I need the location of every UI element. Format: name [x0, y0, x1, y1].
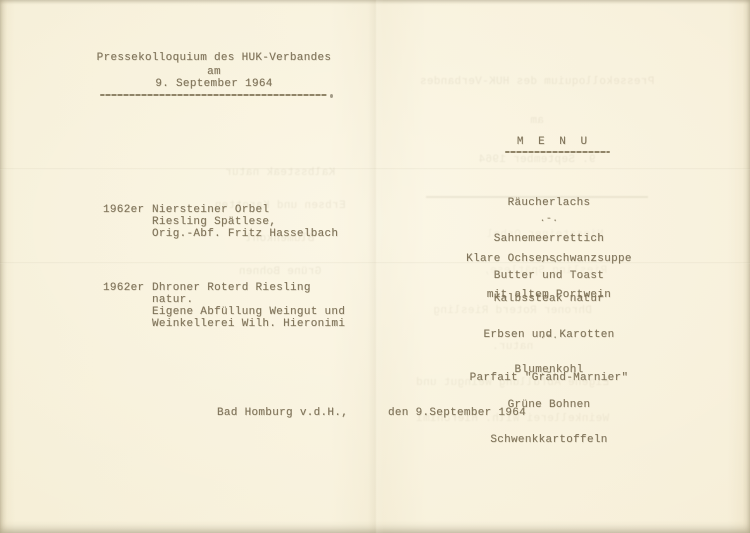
course-separator: .-. — [439, 214, 659, 226]
course-line: Schwenkkartoffeln — [439, 435, 659, 447]
wine-detail-line: Riesling Spätlese, — [152, 216, 276, 228]
course-separator: .-. — [439, 331, 659, 343]
ghost-line: Grüne Bohnen — [180, 267, 380, 278]
event-title: Pressekolloquium des HUK-Verbandes — [85, 52, 343, 64]
event-header-am: am — [85, 66, 343, 78]
course-line: Räucherlachs — [439, 197, 659, 209]
wine-detail-line: Dhroner Roterd Riesling — [152, 282, 311, 294]
wine-detail-line: Weinkellerei Wilh. Hieronimi — [152, 318, 345, 330]
course-separator: .-. — [439, 368, 659, 380]
event-date: 9. September 1964 — [85, 78, 343, 90]
ghost-line: Pressekolloquium des HUK-Verbandes — [408, 76, 666, 89]
wine-vintage: 1962er — [103, 282, 144, 294]
course-line: Kalbssteak natur — [439, 294, 659, 306]
wine-detail-line: natur. — [152, 294, 193, 306]
ink-speck — [330, 94, 333, 98]
ghost-line: Kalbssteak natur — [180, 168, 380, 179]
ghost-line: 9. September 1964 — [408, 154, 666, 167]
wine-vintage: 1962er — [103, 204, 144, 216]
menu-title-underline — [505, 151, 610, 153]
menu-title: M E N U — [459, 136, 649, 148]
header-underline — [100, 94, 327, 96]
wine-detail-line: Eigene Abfüllung Weingut und — [152, 306, 345, 318]
wine-detail-line: Orig.-Abf. Fritz Hasselbach — [152, 228, 338, 240]
ghost-line: am — [408, 115, 666, 128]
dateline-place: Bad Homburg v.d.H., — [217, 407, 348, 419]
course-separator: .-. — [439, 255, 659, 267]
wine-detail-line: Niersteiner Orbel — [152, 204, 269, 216]
